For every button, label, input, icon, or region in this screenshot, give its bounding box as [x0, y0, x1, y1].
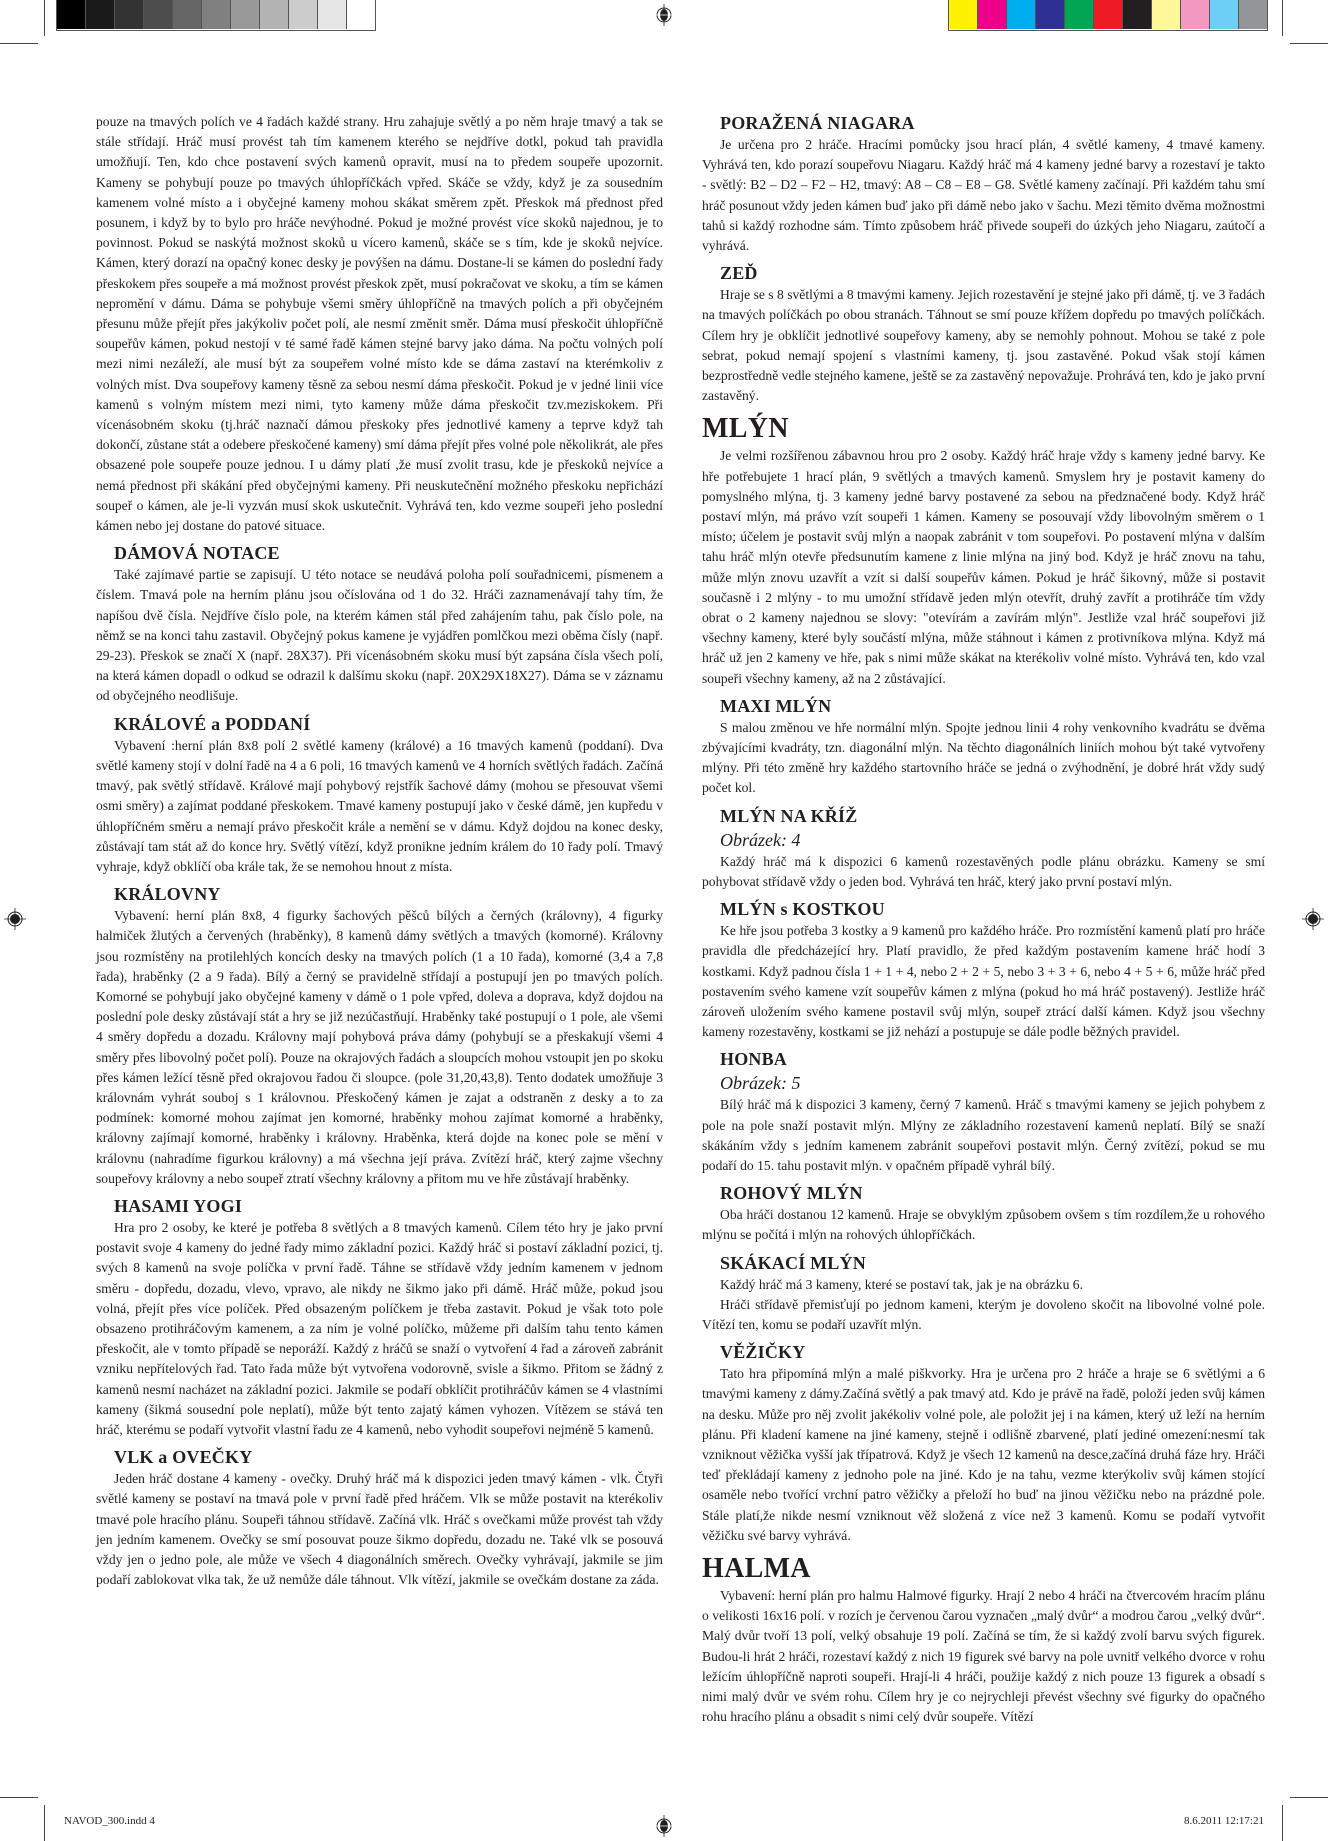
chapter-heading: HALMA — [702, 1554, 1265, 1584]
gray-swatch — [318, 0, 347, 29]
section-body: Bílý hráč má k dispozici 3 kameny, černý… — [702, 1095, 1265, 1176]
section-heading: MLÝN s KOSTKOU — [720, 898, 1265, 920]
section-heading: VLK a OVEČKY — [114, 1446, 663, 1468]
section-body: Ke hře jsou potřeba 3 kostky a 9 kamenů … — [702, 921, 1265, 1042]
left-column: pouze na tmavých polích ve 4 řadách každ… — [96, 112, 663, 1590]
color-swatch-gray — [1239, 0, 1267, 29]
section-heading: MAXI MLÝN — [720, 695, 1265, 717]
crop-mark — [1290, 1797, 1328, 1798]
registration-mark-icon — [4, 908, 26, 930]
color-swatch-magenta — [978, 0, 1007, 29]
gray-color-bar — [56, 0, 376, 31]
gray-swatch — [202, 0, 231, 29]
section-body: Je určena pro 2 hráče. Hracími pomůcky j… — [702, 135, 1265, 256]
color-swatch-green — [1065, 0, 1094, 29]
continued-paragraph: pouze na tmavých polích ve 4 řadách každ… — [96, 112, 663, 536]
gray-swatch — [231, 0, 260, 29]
gray-swatch — [347, 0, 375, 29]
gray-swatch — [289, 0, 318, 29]
section-heading: VĚŽIČKY — [720, 1341, 1265, 1363]
crop-mark — [44, 0, 45, 36]
section-body: Tato hra připomíná mlýn a malé piškvorky… — [702, 1364, 1265, 1546]
gray-swatch — [115, 0, 144, 29]
section-heading: DÁMOVÁ NOTACE — [114, 542, 663, 564]
color-swatch-light-yellow — [1152, 0, 1181, 29]
section-heading: KRÁLOVNY — [114, 883, 663, 905]
registration-mark-icon — [1302, 908, 1324, 930]
gray-swatch — [173, 0, 202, 29]
color-swatch-cyan — [1007, 0, 1036, 29]
crop-mark — [0, 43, 38, 44]
process-color-bar — [948, 0, 1268, 31]
section-body: Hra pro 2 osoby, ke které je potřeba 8 s… — [96, 1218, 663, 1440]
gray-swatch — [86, 0, 115, 29]
gray-swatch — [260, 0, 289, 29]
color-swatch-light-cyan — [1210, 0, 1239, 29]
section-heading: KRÁLOVÉ a PODDANÍ — [114, 713, 663, 735]
section-heading: HONBA — [720, 1048, 1265, 1070]
color-swatch-red — [1094, 0, 1123, 29]
gray-swatch — [57, 0, 86, 29]
crop-mark — [44, 1805, 45, 1841]
section-body: Každý hráč má 3 kameny, které se postaví… — [702, 1275, 1265, 1295]
color-swatch-black — [1123, 0, 1152, 29]
figure-reference: Obrázek: 5 — [720, 1071, 1265, 1095]
section-body: Také zajímavé partie se zapisují. U této… — [96, 565, 663, 706]
registration-mark-icon — [653, 4, 675, 26]
section-heading: PORAŽENÁ NIAGARA — [720, 112, 1265, 134]
registration-mark-icon — [653, 1815, 675, 1837]
right-column: PORAŽENÁ NIAGARA Je určena pro 2 hráče. … — [702, 112, 1265, 1727]
section-body: Hraje se s 8 světlými a 8 tmavými kameny… — [702, 285, 1265, 406]
crop-mark — [1290, 43, 1328, 44]
section-body: S malou změnou ve hře normální mlýn. Spo… — [702, 718, 1265, 799]
section-heading: SKÁKACÍ MLÝN — [720, 1252, 1265, 1274]
section-body: Vybavení :herní plán 8x8 polí 2 světlé k… — [96, 736, 663, 877]
slug-timestamp: 8.6.2011 12:17:21 — [1184, 1815, 1264, 1827]
figure-reference: Obrázek: 4 — [720, 828, 1265, 852]
section-heading: ROHOVÝ MLÝN — [720, 1182, 1265, 1204]
slug-filename: NAVOD_300.indd 4 — [64, 1815, 155, 1827]
color-swatch-pink — [1181, 0, 1210, 29]
section-body: Vybavení: herní plán 8x8, 4 figurky šach… — [96, 906, 663, 1189]
section-body: Každý hráč má k dispozici 6 kamenů rozes… — [702, 852, 1265, 892]
section-body: Vybavení: herní plán pro halmu Halmové f… — [702, 1586, 1265, 1727]
gray-swatch — [144, 0, 173, 29]
section-body: Je velmi rozšířenou zábavnou hrou pro 2 … — [702, 446, 1265, 688]
color-swatch-yellow — [949, 0, 978, 29]
crop-mark — [0, 1797, 38, 1798]
section-body: Hráči střídavě přemisťují po jednom kame… — [702, 1295, 1265, 1335]
section-heading: HASAMI YOGI — [114, 1195, 663, 1217]
color-swatch-blue — [1036, 0, 1065, 29]
section-body: Oba hráči dostanou 12 kamenů. Hraje se o… — [702, 1205, 1265, 1245]
section-body: Jeden hráč dostane 4 kameny - ovečky. Dr… — [96, 1469, 663, 1590]
crop-mark — [1282, 0, 1283, 36]
section-heading: MLÝN NA KŘÍŽ — [720, 805, 1265, 827]
chapter-heading: MLÝN — [702, 414, 1265, 444]
crop-mark — [1282, 1805, 1283, 1841]
section-heading: ZEĎ — [720, 262, 1265, 284]
